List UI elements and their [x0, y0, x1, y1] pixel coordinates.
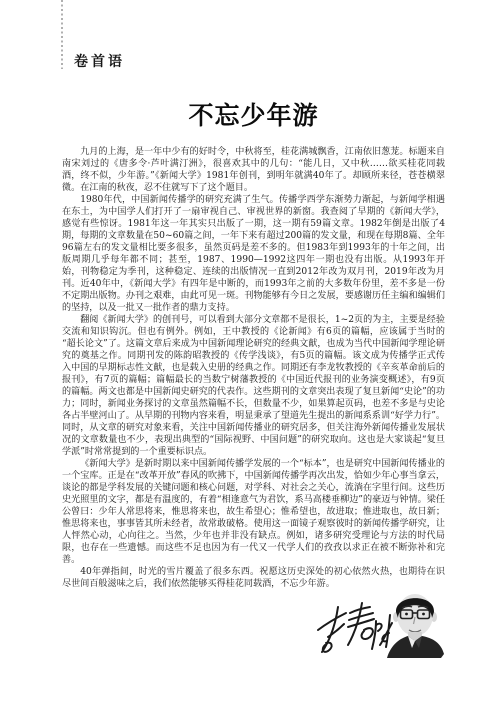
article-title: 不忘少年游: [62, 96, 445, 132]
paragraph: 《新闻大学》是新时期以来中国新闻传播学发展的一个“标本”，也是研究中国新闻传播业…: [62, 458, 445, 566]
paragraph: 1980年代，中国新闻传播学的研究充满了生气。传播学西学东渐势力渐起，与新闻学相…: [62, 194, 445, 314]
dotted-rule: [61, 0, 63, 69]
paragraph: 翻阅《新闻大学》的创刊号，可以看到大部分文章都不是很长，1~2页的为主，主要是经…: [62, 314, 445, 458]
author-photo: [383, 588, 447, 658]
article-body: 九月的上海，是一年中少有的好时令，中秋将至，桂花满城飘香，江南依旧葱茏。标题来自…: [62, 146, 445, 590]
paragraph: 九月的上海，是一年中少有的好时令，中秋将至，桂花满城飘香，江南依旧葱茏。标题来自…: [62, 146, 445, 194]
magazine-foreword-page: 卷首语 不忘少年游 九月的上海，是一年中少有的好时令，中秋将至，桂花满城飘香，江…: [0, 0, 500, 702]
section-label: 卷首语: [74, 51, 125, 71]
paragraph: 40年弹指间，时光的雪片覆盖了很多东西。祝愿这历史深处的初心依然火热，也期待在识…: [62, 566, 445, 590]
